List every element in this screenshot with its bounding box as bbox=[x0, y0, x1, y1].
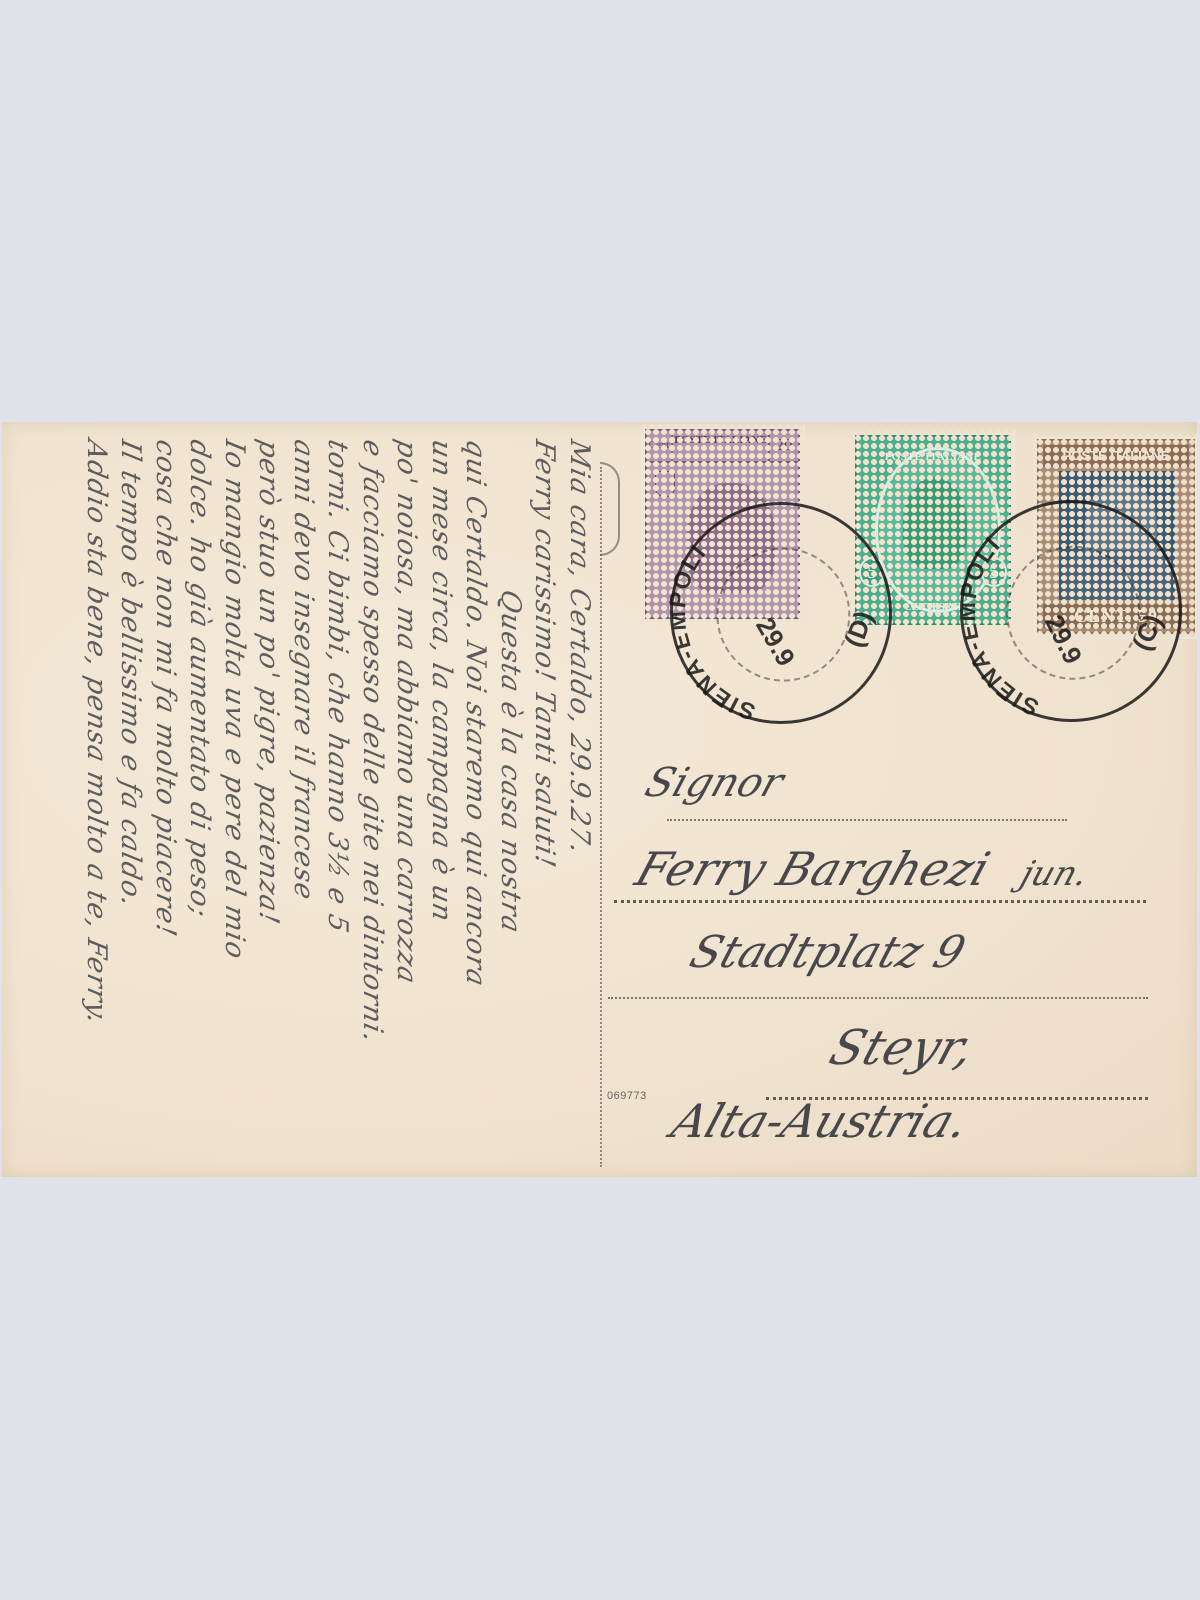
message-line: Addio sta bene, pensa molto a te, Ferry. bbox=[79, 436, 114, 1170]
postmark-1: SIENA-EMPOLI 29.9 (D) bbox=[652, 484, 909, 741]
message-line: cosa che non mi fa molto piacere! bbox=[148, 436, 183, 1170]
crest-icon bbox=[655, 471, 675, 497]
message-line: torni. Ci bimbi, che hanno 3½ e 5 bbox=[320, 436, 355, 1170]
postmark-2: SIENA-EMPOLI 29.9 (C) bbox=[949, 489, 1193, 733]
address-line-2 bbox=[614, 900, 1146, 903]
message-line: qui Certaldo. Noi staremo qui ancora bbox=[458, 436, 493, 1170]
stamp-title: POSTE ITALIANE bbox=[857, 451, 1009, 463]
message-line: Mia cara, Certaldo, 29.9.27. bbox=[562, 436, 597, 1170]
message-line: Io mangio molta uva e pere del mio bbox=[217, 436, 252, 1170]
message-line: un mese circa, la campagna è un bbox=[424, 436, 459, 1170]
svg-text:SIENA-EMPOLI: SIENA-EMPOLI bbox=[952, 527, 1044, 728]
address-street: Stadtplatz 9 bbox=[684, 927, 972, 978]
message-line: e facciamo spesso delle gite nei dintorn… bbox=[355, 436, 390, 1170]
handwritten-message: Mia cara, Certaldo, 29.9.27.Ferry cariss… bbox=[2, 422, 602, 1177]
message-line: po' noiosa, ma abbiamo una carrozza bbox=[389, 436, 424, 1170]
address-line-3 bbox=[608, 997, 1148, 999]
serial-number: 069773 bbox=[607, 1090, 647, 1102]
divider-flourish bbox=[600, 462, 620, 556]
postmark-date: 29.9 bbox=[749, 612, 801, 671]
postmark-arc-text: SIENA-EMPOLI bbox=[952, 492, 1189, 729]
stamp-cent-label: Cent bbox=[647, 431, 673, 461]
message-line: anni devo insegnare il francese bbox=[286, 436, 321, 1170]
stamp-value: 20 bbox=[768, 431, 798, 461]
address-region: Alta-Austria. bbox=[665, 1094, 976, 1148]
address-name: Ferry Barghezi bbox=[629, 842, 996, 896]
address-city: Steyr, bbox=[823, 1020, 982, 1076]
message-line: Questa è la casa nostra bbox=[493, 436, 528, 1170]
message-line: dolce. ho già aumentato di peso; bbox=[182, 436, 217, 1170]
message-line: Ferry carissimo! Tanti saluti! bbox=[527, 436, 562, 1170]
address-line-1 bbox=[667, 819, 1067, 821]
address-suffix: jun. bbox=[1016, 854, 1094, 894]
stamp-title: POSTE ITALIANE bbox=[673, 431, 768, 461]
svg-text:SIENA-EMPOLI: SIENA-EMPOLI bbox=[656, 532, 762, 737]
message-line: Il tempo è bellissimo e fa caldo. bbox=[113, 436, 148, 1170]
address-salutation: Signor bbox=[640, 760, 790, 806]
message-lines: Mia cara, Certaldo, 29.9.27.Ferry cariss… bbox=[2, 422, 602, 1177]
divider-line bbox=[600, 467, 602, 1167]
message-line: però stuo un po' pigre, pazienza! bbox=[251, 436, 286, 1170]
stamp-title: POSTE ITALIANE bbox=[1043, 445, 1189, 467]
postmark-date: 29.9 bbox=[1038, 610, 1088, 669]
postcard: Mia cara, Certaldo, 29.9.27.Ferry cariss… bbox=[2, 422, 1197, 1177]
